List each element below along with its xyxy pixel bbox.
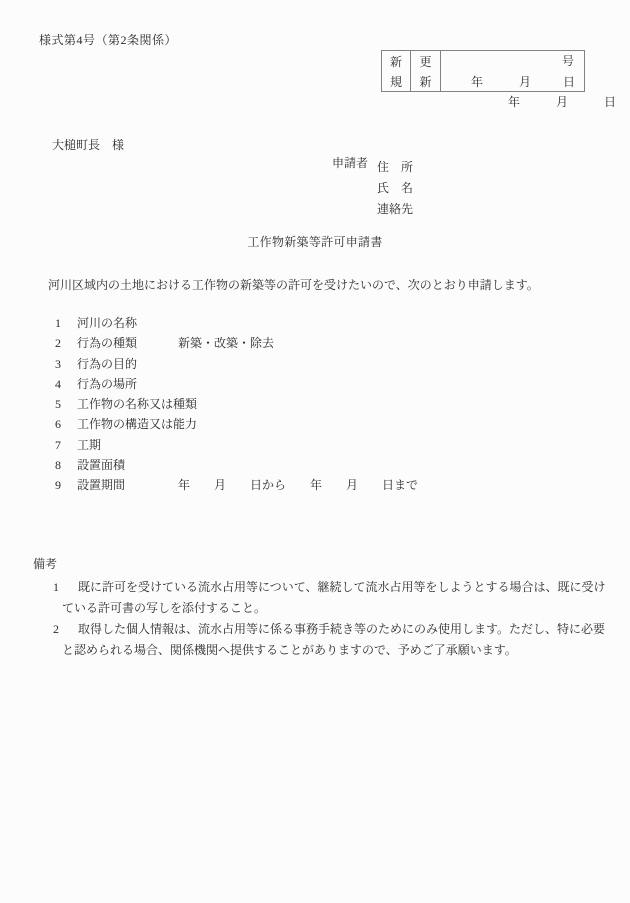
item-number: 2 (55, 333, 77, 353)
form-number: 様式第4号（第2条関係） (39, 34, 177, 46)
intro-paragraph: 河川区域内の土地における工作物の新築等の許可を受けたいので、次のとおり申請します… (36, 277, 596, 294)
form-item-action-type: 2行為の種類新築・改築・除去 (55, 333, 418, 353)
note-text: 既に許可を受けている流水占用等について、継続して流水占用等をしようとする場合は、… (62, 580, 606, 615)
form-item-river-name: 1河川の名称 (55, 313, 418, 333)
form-item-structure-name: 5工作物の名称又は種類 (55, 394, 418, 414)
item-label: 設置面積 (77, 455, 178, 475)
form-item-action-place: 4行為の場所 (55, 374, 418, 394)
item-label: 工作物の名称又は種類 (77, 394, 197, 414)
item-label: 河川の名称 (77, 313, 178, 333)
year-label: 年 (471, 72, 483, 92)
form-item-install-period: 9設置期間年 月 日から 年 月 日まで (55, 475, 418, 495)
item-label: 行為の種類 (77, 333, 178, 353)
item-label: 工作物の構造又は能力 (77, 414, 197, 434)
year-label: 年 (508, 96, 520, 108)
item-number: 4 (55, 374, 77, 394)
applicant-block: 申請者 住 所 氏 名 連絡先 (332, 157, 413, 220)
item-number: 7 (55, 435, 77, 455)
note-text: 取得した個人情報は、流水占用等に係る事務手続き等のためにのみ使用します。ただし、… (62, 622, 605, 657)
form-item-action-purpose: 3行為の目的 (55, 354, 418, 374)
applicant-contact-label: 連絡先 (377, 199, 413, 220)
form-item-work-period: 7工期 (55, 435, 418, 455)
item-number: 1 (55, 313, 77, 333)
remark-note-2: 2取得した個人情報は、流水占用等に係る事務手続き等のためにのみ使用します。ただし… (62, 619, 608, 661)
permit-number-row: 号 (441, 51, 584, 72)
item-number: 9 (55, 475, 77, 495)
stamp-new-cell: 新規 (382, 51, 411, 91)
note-number: 2 (53, 619, 78, 640)
applicant-fields: 住 所 氏 名 連絡先 (377, 157, 413, 220)
stamp-renew-label: 更新 (419, 52, 432, 92)
form-item-structure-spec: 6工作物の構造又は能力 (55, 414, 418, 434)
stamp-main-cell: 号 年 月 日 (441, 51, 584, 91)
month-label: 月 (556, 96, 568, 108)
note-number: 1 (53, 577, 78, 598)
item-number: 3 (55, 354, 77, 374)
day-label: 日 (604, 96, 616, 108)
remarks-notes: 1既に許可を受けている流水占用等について、継続して流水占用等をしようとする場合は… (62, 577, 608, 661)
addressee: 大槌町長 様 (52, 139, 124, 151)
item-number: 8 (55, 455, 77, 475)
approval-stamp-box: 新規 更新 号 年 月 日 (381, 50, 585, 92)
applicant-label: 申請者 (332, 157, 368, 220)
month-label: 月 (519, 72, 531, 92)
form-item-install-area: 8設置面積 (55, 455, 418, 475)
remarks-heading: 備考 (33, 558, 57, 570)
item-label: 行為の目的 (77, 354, 178, 374)
item-label: 設置期間 (77, 475, 178, 495)
permit-number-suffix: 号 (562, 51, 574, 72)
day-label: 日 (563, 72, 575, 92)
item-value: 新築・改築・除去 (178, 336, 274, 350)
stamp-renew-cell: 更新 (411, 51, 441, 91)
applicant-name-label: 氏 名 (377, 178, 413, 199)
permit-date-row: 年 月 日 (441, 72, 584, 92)
application-form-page: 様式第4号（第2条関係） 新規 更新 号 年 月 日 年 月 日 大槌町長 様 … (0, 0, 630, 903)
remark-note-1: 1既に許可を受けている流水占用等について、継続して流水占用等をしようとする場合は… (62, 577, 608, 619)
item-number: 5 (55, 394, 77, 414)
applicant-address-label: 住 所 (377, 157, 413, 178)
item-value: 年 月 日から 年 月 日まで (178, 478, 418, 492)
stamp-new-label: 新規 (390, 52, 403, 92)
item-label: 行為の場所 (77, 374, 178, 394)
issue-date-line: 年 月 日 (508, 96, 616, 108)
item-label: 工期 (77, 435, 178, 455)
form-items-list: 1河川の名称 2行為の種類新築・改築・除去 3行為の目的 4行為の場所 5工作物… (0, 313, 418, 495)
document-title: 工作物新築等許可申請書 (0, 236, 630, 248)
item-number: 6 (55, 414, 77, 434)
